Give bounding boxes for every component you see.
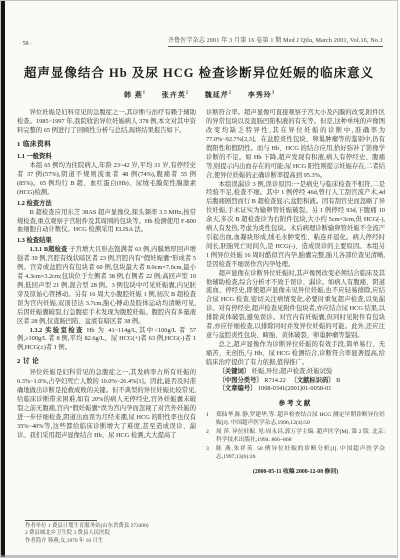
author-4-affiliation-mark: 3 (272, 90, 274, 95)
intro-paragraph: 异位妊娠是妇科常见的急腹症之一,其诊断与治疗有赖于辅助检查。1985~1997 … (17, 109, 196, 136)
section-2-heading: 2 讨 论 (17, 357, 196, 366)
section-1-3-2-paragraph: 1.3.2 实验室检查 Hb 为 41~114g/L,其中<100g/L 者 5… (17, 327, 196, 354)
discussion-paragraph-4: 超声显像在诊断异位妊娠时,其声像图改变必须结合临床及其他辅助检查,综合分析才不致… (206, 270, 385, 341)
article-title: 超声显像结合 Hb 及尿 HCG 检查诊断异位妊娠的临床意义 (15, 63, 383, 81)
reference-item: 1 郑仙华,陈 静,罗建华,等. 超声检查结合尿 HCG 测定早期诊断异位妊娠[… (206, 412, 385, 428)
footnote-affiliation-2: 2 费县城北乡卫生院 3 费县人民医院 (17, 530, 196, 538)
author-3: 魏延芹2 (205, 91, 231, 99)
scan-bottom-edge (1, 555, 397, 557)
reference-2-text: 周 萍. 异位妊娠. 见:周永昌,郭万学主编. 超声医学[M]. 第 2 版. … (216, 429, 385, 445)
author-line: 韩 燕1 张卉英2 魏延芹2 李秀玲3 (9, 90, 389, 100)
section-1-3-1-paragraph: 1.3.1 B超检查 子宫增大且形态饱满者 63 例,内膜增厚回声增强者 39 … (17, 246, 196, 326)
discussion-paragraph-2: 诊断符合率。超声显像可直接观察子宫大小及内膜的改变,附件区的异常包块以及直肠凹陷… (206, 109, 385, 180)
clc-value: R714.22 (264, 377, 286, 384)
scan-left-edge (1, 1, 5, 557)
author-1-name: 韩 燕 (124, 91, 143, 99)
author-2: 张卉英2 (162, 91, 188, 99)
section-1-1-text: 本组 65 例均为住院病人,年龄 23~42 岁,平均 31 岁,有停经史者 3… (17, 162, 196, 198)
author-3-name: 魏延芹 (205, 91, 229, 99)
reference-item: 2 周 萍. 异位妊娠. 见:周永昌,郭万学主编. 超声医学[M]. 第 2 版… (206, 429, 385, 445)
right-column: 诊断符合率。超声显像可直接观察子宫大小及内膜的改变,附件区的异常包块以及直肠凹陷… (206, 109, 385, 547)
section-1-3-heading: 1.3 检查结果 (17, 236, 196, 245)
received-dates-line: (2000-05-11 收稿 2000-12-08 修回) (206, 468, 385, 477)
reference-1-number: 1 (206, 412, 212, 428)
article-id-label: 〔文章编号〕 (219, 385, 257, 392)
author-2-affiliation-mark: 2 (186, 90, 188, 95)
author-1: 韩 燕1 (124, 91, 145, 99)
two-column-body: 异位妊娠是妇科常见的急腹症之一,其诊断与治疗有赖于辅助检查。1985~1997 … (9, 109, 389, 547)
author-4-name: 李秀玲 (248, 91, 272, 99)
footnote-rule (25, 520, 97, 521)
page-body: · 58 · 齐鲁医学杂志 2001 年 3 月第 16 卷第 1 期 Med … (9, 35, 389, 551)
keywords-label: 〔关键词〕 (219, 368, 250, 375)
section-1-2-heading: 1.2 检查方法 (17, 199, 196, 208)
section-1-1-heading: 1.1 一般资料 (17, 152, 196, 161)
clc-label: 〔中图分类号〕 (219, 377, 263, 384)
reference-3-text: 陈 燕,朱祥英. 50 例异位妊娠的诊断分析[J]. 中国超声医学杂志,1997… (216, 446, 385, 462)
doc-code-label: 〔文献标识码〕 (291, 377, 335, 384)
section-1-3-1-label: 1.3.1 B超检查 (30, 246, 68, 253)
author-2-name: 张卉英 (162, 91, 186, 99)
reference-3-number: 3 (206, 446, 212, 462)
references-heading: 参考文献 (206, 400, 385, 409)
article-id-line: 〔文章编号〕 1008-0341(2001)01-0058-01 (206, 385, 385, 394)
reference-2-number: 2 (206, 429, 212, 445)
article-id-value: 1008-0341(2001)01-0058-01 (258, 385, 331, 392)
section-1-2-text: B 超检查应用东芝 38AS 超声显像仪,探头频率 3.5 MHz,按常规检查,… (17, 209, 196, 236)
section-1-3-1-text: 子宫增大且形态饱满者 63 例,内膜增厚回声增强者 39 例,宫腔有线状暗区者 … (17, 246, 196, 324)
keywords-line: 〔关键词〕 妊娠,异位;超声检查;妊娠试验 (206, 368, 385, 377)
author-4: 李秀玲3 (248, 91, 274, 99)
reference-1-text: 郑仙华,陈 静,罗建华,等. 超声检查结合尿 HCG 测定早期诊断异位妊娠[J]… (216, 412, 385, 428)
doc-code-value: B (336, 377, 340, 384)
section-1-heading: 1 临床资料 (17, 140, 196, 149)
author-3-affiliation-mark: 2 (229, 90, 231, 95)
reference-item: 3 陈 燕,朱祥英. 50 例异位妊娠的诊断分析[J]. 中国超声医学杂志,19… (206, 446, 385, 462)
footnote-affiliation-1: 作者单位 1 费县计划生育服务站(山东省费县 273400) (17, 523, 196, 531)
keywords-text: 妊娠,异位;超声检查;妊娠试验 (252, 368, 333, 375)
discussion-paragraph-5: 总之,超声显像作为诊断异位妊娠的有效手段,简单易行、无痛苦、无创伤,与 Hb、尿… (206, 341, 385, 368)
author-1-affiliation-mark: 1 (143, 90, 145, 95)
scanned-journal-page: · 58 · 齐鲁医学杂志 2001 年 3 月第 16 卷第 1 期 Med … (0, 0, 398, 558)
footnote-author-bio: 作者简介 韩燕,女,1970 年 10 月生 (17, 538, 196, 546)
discussion-paragraph-1: 异位妊娠是妇科常见的急腹症之一,其发病率占所有妊娠的 0.3%~1.0%,占孕妇… (17, 369, 196, 440)
left-column: 异位妊娠是妇科常见的急腹症之一,其诊断与治疗有赖于辅助检查。1985~1997 … (17, 109, 196, 547)
author-footnote: 作者单位 1 费县计划生育服务站(山东省费县 273400) 2 费县城北乡卫生… (17, 520, 196, 546)
journal-citation-line: 齐鲁医学杂志 2001 年 3 月第 16 卷第 1 期 Med J Qilu,… (168, 35, 383, 47)
discussion-paragraph-3: 本组误漏诊 3 例,误诊原因:一是病史与临床检查不相符,二是经验不足,检查不细。… (206, 181, 385, 270)
section-1-3-2-label: 1.3.2 实验室检查 (30, 327, 84, 334)
page-number: · 58 · (19, 41, 32, 47)
running-header: · 58 · 齐鲁医学杂志 2001 年 3 月第 16 卷第 1 期 Med … (9, 35, 389, 47)
